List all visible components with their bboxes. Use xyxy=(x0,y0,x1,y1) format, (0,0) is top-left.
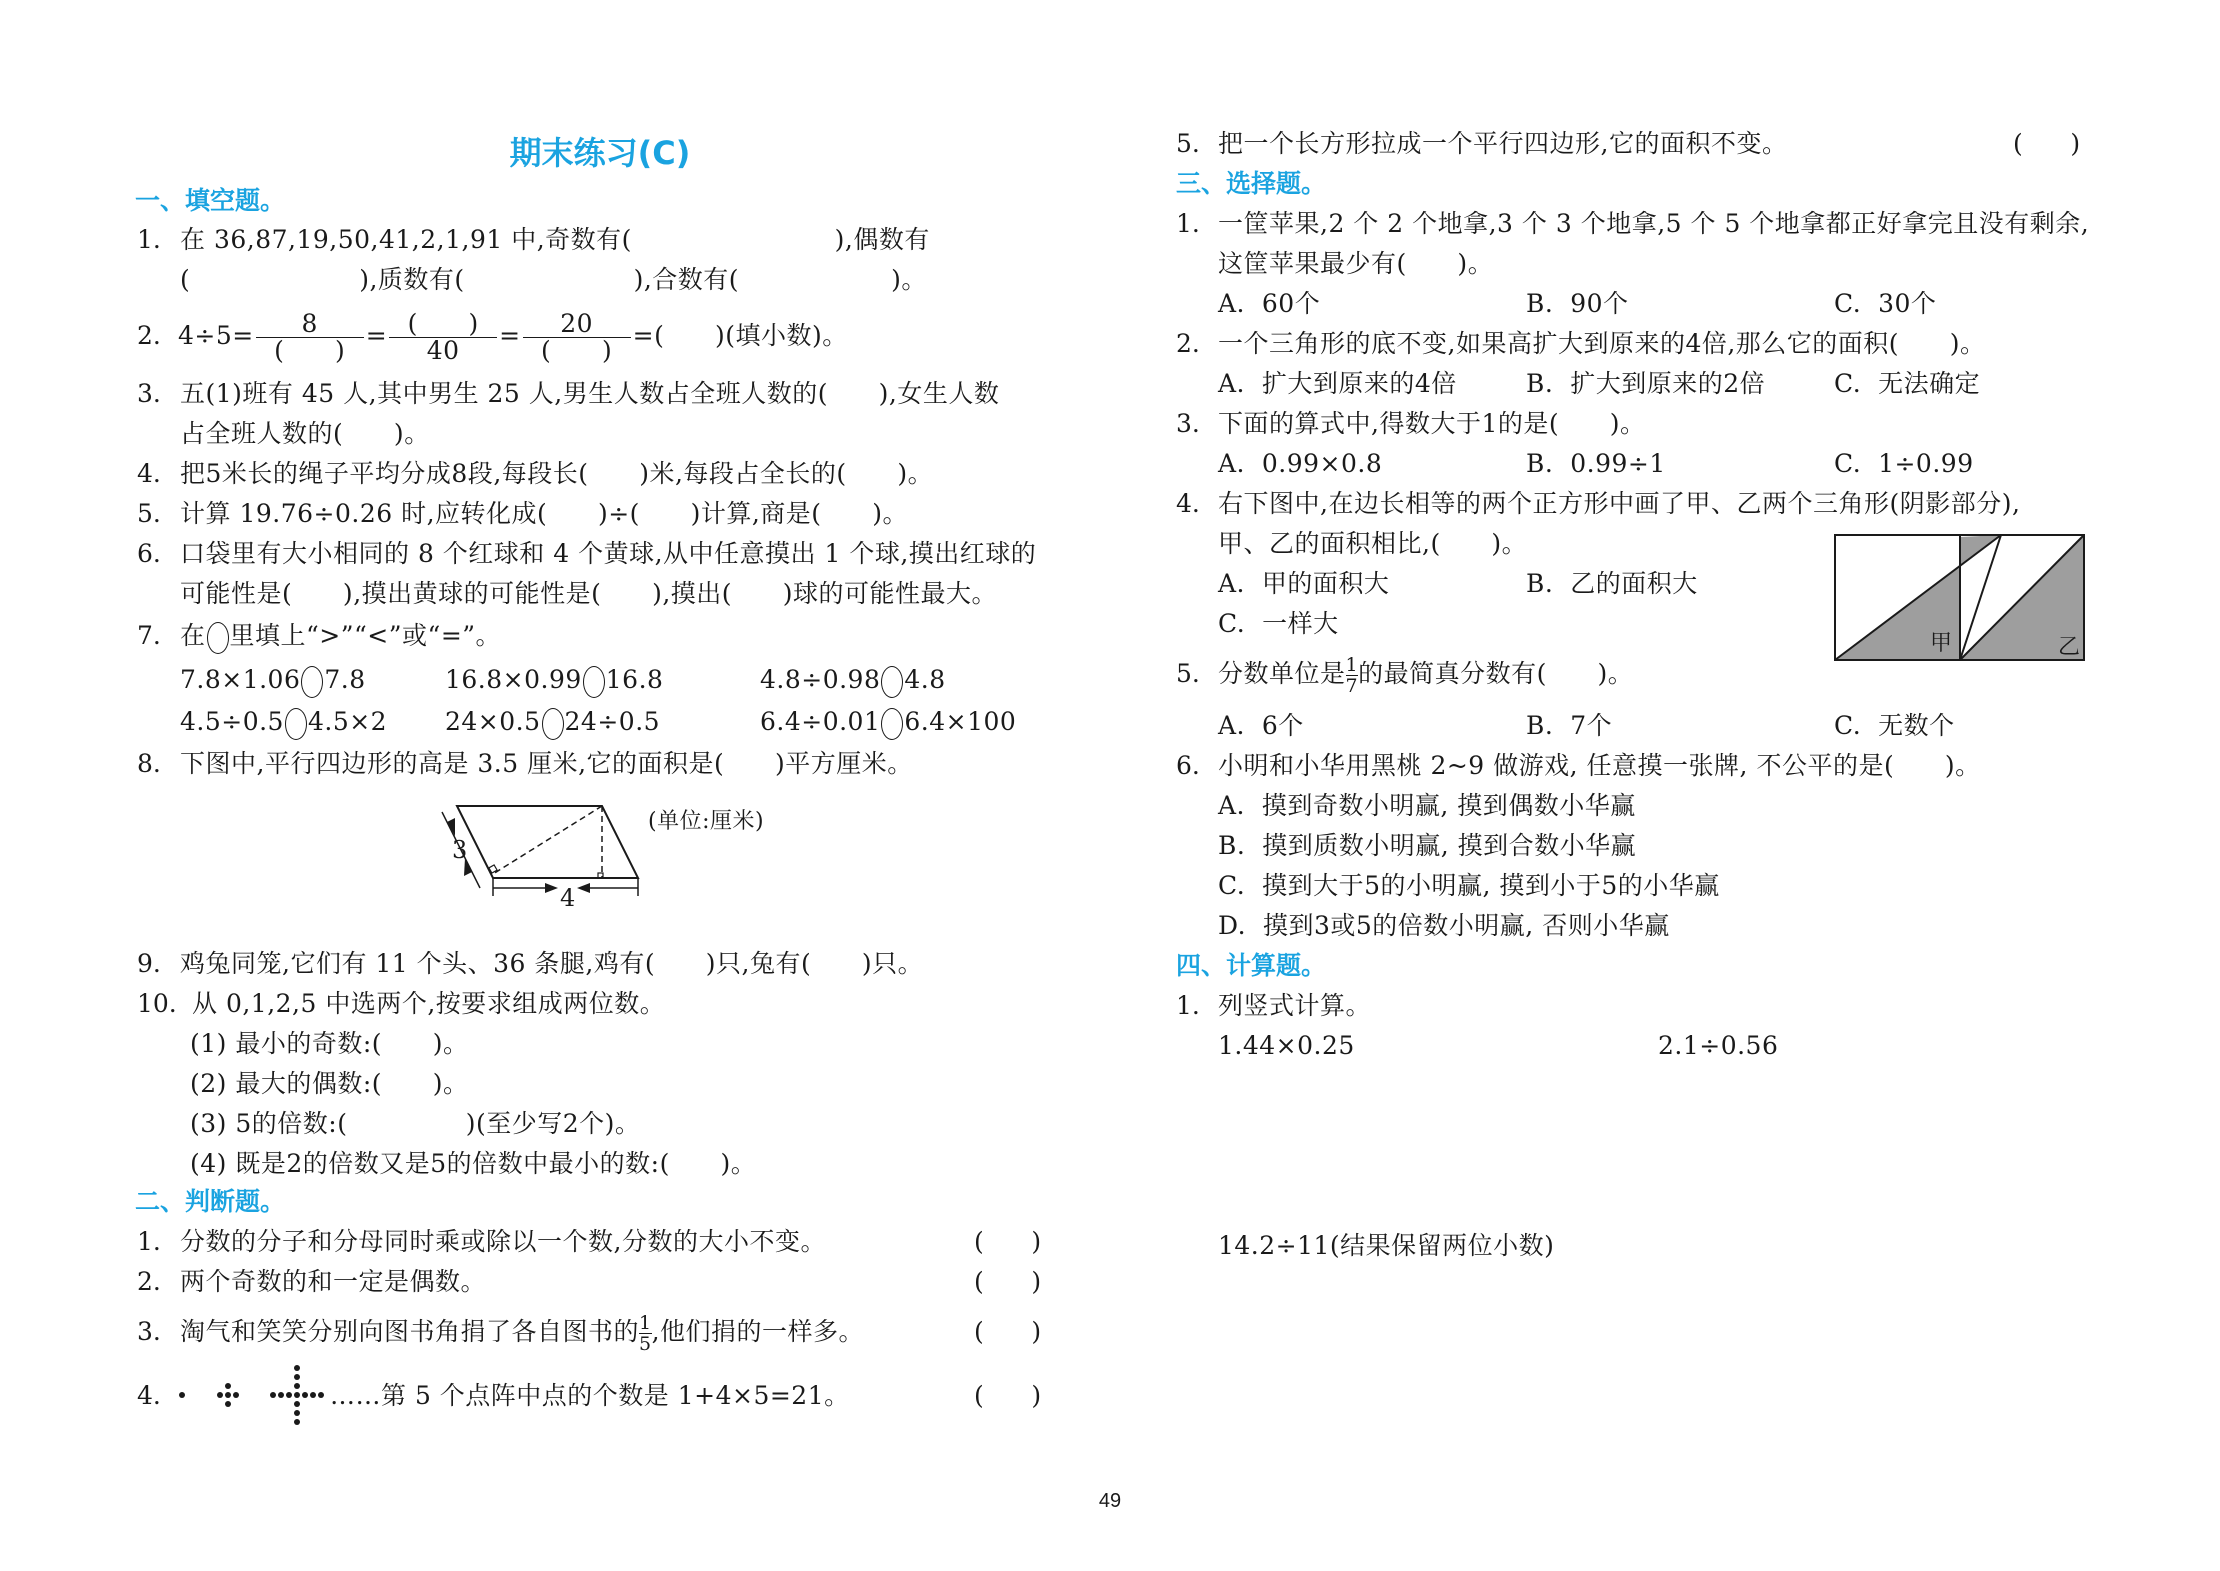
section-heading-true-false: 二、判断题。 xyxy=(135,1186,285,1218)
question-text: 甲、乙的面积相比,( )。 xyxy=(1218,528,1527,560)
intro-text: 里填上“>”“<”或“=”。 xyxy=(230,621,502,650)
question-text: 小明和小华用黑桃 2~9 做游戏, 任意摸一张牌, 不公平的是( )。 xyxy=(1218,750,1981,782)
option-b[interactable]: B. 90个 xyxy=(1526,288,1629,320)
compare-left: 4.5÷0.5 xyxy=(180,707,284,736)
equation-suffix: =( )(填小数)。 xyxy=(633,321,848,350)
question-text: 五(1)班有 45 人,其中男生 25 人,男生人数占全班人数的( ),女生人数 xyxy=(180,378,999,410)
compare-circle-icon xyxy=(207,622,229,654)
answer-blank[interactable]: ( ) xyxy=(974,1316,1041,1348)
numerator: 8 xyxy=(256,311,364,338)
section-heading-calculation: 四、计算题。 xyxy=(1176,950,1326,982)
numerator: 1 xyxy=(639,1313,652,1334)
question-number: 5. xyxy=(1176,128,1200,160)
compare-item: 24×0.524÷0.5 xyxy=(445,706,660,740)
question-text: 下图中,平行四边形的高是 3.5 厘米,它的面积是( )平方厘米。 xyxy=(180,748,913,780)
question-text: 从 0,1,2,5 中选两个,按要求组成两位数。 xyxy=(192,988,665,1020)
question-number: 1. xyxy=(137,1226,161,1258)
question-number: 3. xyxy=(137,1316,161,1348)
option-c[interactable]: C. 30个 xyxy=(1834,288,1936,320)
question-text: 鸡兔同笼,它们有 11 个头、36 条腿,鸡有( )只,兔有( )只。 xyxy=(180,948,923,980)
numerator-blank: ( ) xyxy=(389,311,497,338)
option-b[interactable]: B. 0.99÷1 xyxy=(1526,448,1666,480)
option-a[interactable]: A. 摸到奇数小明赢, 摸到偶数小华赢 xyxy=(1218,790,1636,822)
text-part: 分数单位是 xyxy=(1218,659,1346,688)
numerator: 20 xyxy=(523,311,631,338)
question-number: 7. xyxy=(137,620,161,652)
equation-prefix: 4÷5= xyxy=(178,321,254,350)
option-c[interactable]: C. 1÷0.99 xyxy=(1834,448,1974,480)
question-text: ( ),质数有( ),合数有( )。 xyxy=(180,264,927,296)
question-text: 分数的分子和分母同时乘或除以一个数,分数的大小不变。 xyxy=(180,1226,826,1258)
intro-text: 在 xyxy=(180,621,206,650)
text-part: ,他们捐的一样多。 xyxy=(652,1317,864,1346)
answer-blank[interactable]: ( ) xyxy=(2013,128,2080,160)
question-number: 10. xyxy=(137,988,177,1020)
dot-pattern-figure xyxy=(170,1360,330,1430)
section-heading-multiple-choice: 三、选择题。 xyxy=(1176,168,1326,200)
compare-circle-blank[interactable] xyxy=(881,708,903,740)
sub-question: (1) 最小的奇数:( )。 xyxy=(190,1028,468,1060)
fraction: 15 xyxy=(639,1313,652,1354)
compare-right: 24÷0.5 xyxy=(565,707,661,736)
question-number: 1. xyxy=(1176,208,1200,240)
question-text: 可能性是( ),摸出黄球的可能性是( ),摸出( )球的可能性最大。 xyxy=(180,578,997,610)
question-text: 一筐苹果,2 个 2 个地拿,3 个 3 个地拿,5 个 5 个地拿都正好拿完且… xyxy=(1218,208,2089,240)
sub-question: (3) 5的倍数:( )(至少写2个)。 xyxy=(190,1108,640,1140)
question-number: 1. xyxy=(137,224,161,256)
denominator: 7 xyxy=(1346,675,1359,697)
question-text: 右下图中,在边长相等的两个正方形中画了甲、乙两个三角形(阴影部分), xyxy=(1218,488,2020,520)
compare-right: 4.5×2 xyxy=(308,707,387,736)
question-text: ……第 5 个点阵中点的个数是 1+4×5=21。 xyxy=(330,1380,850,1412)
compare-right: 16.8 xyxy=(606,665,664,694)
option-b[interactable]: B. 7个 xyxy=(1526,710,1612,742)
fraction: 17 xyxy=(1346,655,1359,696)
answer-blank[interactable]: ( ) xyxy=(974,1266,1041,1298)
page-title: 期末练习(C) xyxy=(0,128,1200,174)
question-number: 2. xyxy=(1176,328,1200,360)
unit-label: (单位:厘米) xyxy=(648,806,764,838)
question-number: 5. xyxy=(137,498,161,530)
base-length-label: 4 xyxy=(560,882,576,914)
equals-sign: = xyxy=(499,321,520,350)
fraction: 8( ) xyxy=(256,311,364,364)
denominator-blank: ( ) xyxy=(523,338,631,364)
compare-circle-blank[interactable] xyxy=(583,666,605,698)
triangle-label-yi: 乙 xyxy=(2058,632,2081,664)
question-text: 在里填上“>”“<”或“=”。 xyxy=(180,620,501,654)
calc-expression: 1.44×0.25 xyxy=(1218,1030,1355,1062)
compare-left: 4.8÷0.98 xyxy=(760,665,880,694)
compare-right: 7.8 xyxy=(324,665,365,694)
compare-right: 6.4×100 xyxy=(904,707,1016,736)
equals-sign: = xyxy=(366,321,387,350)
question-text: 淘气和笑笑分别向图书角捐了各自图书的15,他们捐的一样多。 xyxy=(180,1300,864,1364)
denominator: 5 xyxy=(639,1333,652,1355)
question-text: 分数单位是17的最简真分数有( )。 xyxy=(1218,642,1633,706)
question-text: 这筐苹果最少有( )。 xyxy=(1218,248,1493,280)
question-number: 4. xyxy=(137,458,161,490)
question-text: 占全班人数的( )。 xyxy=(180,418,430,450)
question-text: 把一个长方形拉成一个平行四边形,它的面积不变。 xyxy=(1218,128,1787,160)
sub-question: (4) 既是2的倍数又是5的倍数中最小的数:( )。 xyxy=(190,1148,756,1180)
compare-circle-blank[interactable] xyxy=(301,666,323,698)
question-number: 4. xyxy=(137,1380,161,1412)
question-text: 下面的算式中,得数大于1的是( )。 xyxy=(1218,408,1646,440)
option-a[interactable]: A. 60个 xyxy=(1218,288,1320,320)
compare-item: 4.8÷0.984.8 xyxy=(760,664,946,698)
question-text: 在 36,87,19,50,41,2,1,91 中,奇数有( ),偶数有 xyxy=(180,224,930,256)
answer-blank[interactable]: ( ) xyxy=(974,1380,1041,1412)
sub-question: (2) 最大的偶数:( )。 xyxy=(190,1068,468,1100)
compare-item: 6.4÷0.016.4×100 xyxy=(760,706,1016,740)
compare-circle-blank[interactable] xyxy=(542,708,564,740)
compare-item: 16.8×0.9916.8 xyxy=(445,664,663,698)
option-a[interactable]: A. 6个 xyxy=(1218,710,1304,742)
option-c[interactable]: C. 摸到大于5的小明赢, 摸到小于5的小华赢 xyxy=(1218,870,1720,902)
question-number: 4. xyxy=(1176,488,1200,520)
compare-left: 6.4÷0.01 xyxy=(760,707,880,736)
question-text: 口袋里有大小相同的 8 个红球和 4 个黄球,从中任意摸出 1 个球,摸出红球的 xyxy=(180,538,1036,570)
text-part: 淘气和笑笑分别向图书角捐了各自图书的 xyxy=(180,1317,639,1346)
fraction: ( )40 xyxy=(389,311,497,364)
question-number: 5. xyxy=(1176,658,1200,690)
calc-expression: 14.2÷11(结果保留两位小数) xyxy=(1218,1230,1554,1262)
text-part: 的最简真分数有( )。 xyxy=(1358,659,1633,688)
option-b[interactable]: B. 摸到质数小明赢, 摸到合数小华赢 xyxy=(1218,830,1636,862)
page-number: 49 xyxy=(0,1490,2220,1513)
option-c[interactable]: C. 一样大 xyxy=(1218,608,1339,640)
question-number: 3. xyxy=(137,378,161,410)
compare-item: 4.5÷0.54.5×2 xyxy=(180,706,387,740)
question-number: 9. xyxy=(137,948,161,980)
fraction: 20( ) xyxy=(523,311,631,364)
compare-left: 16.8×0.99 xyxy=(445,665,582,694)
triangle-label-jia: 甲 xyxy=(1930,628,1953,660)
question-number: 6. xyxy=(137,538,161,570)
numerator: 1 xyxy=(1346,655,1359,676)
compare-left: 7.8×1.06 xyxy=(180,665,300,694)
question-text: 一个三角形的底不变,如果高扩大到原来的4倍,那么它的面积( )。 xyxy=(1218,328,1986,360)
question-text-fraction-equation: 4÷5=8( )=( )40=20( )=( )(填小数)。 xyxy=(178,300,848,372)
calc-expression: 2.1÷0.56 xyxy=(1658,1030,1778,1062)
option-c[interactable]: C. 无法确定 xyxy=(1834,368,1980,400)
question-number: 2. xyxy=(137,1266,161,1298)
compare-item: 7.8×1.067.8 xyxy=(180,664,366,698)
option-d[interactable]: D. 摸到3或5的倍数小明赢, 否则小华赢 xyxy=(1218,910,1670,942)
option-a[interactable]: A. 0.99×0.8 xyxy=(1218,448,1382,480)
option-c[interactable]: C. 无数个 xyxy=(1834,710,1955,742)
question-number: 2. xyxy=(137,320,161,352)
question-text: 两个奇数的和一定是偶数。 xyxy=(180,1266,486,1298)
section-heading-fill-blank: 一、填空题。 xyxy=(135,185,285,217)
question-number: 6. xyxy=(1176,750,1200,782)
side-length-label: 3 xyxy=(452,834,468,866)
option-a[interactable]: A. 甲的面积大 xyxy=(1218,568,1389,600)
answer-blank[interactable]: ( ) xyxy=(974,1226,1041,1258)
question-number: 3. xyxy=(1176,408,1200,440)
compare-left: 24×0.5 xyxy=(445,707,541,736)
denominator: 40 xyxy=(389,338,497,364)
option-b[interactable]: B. 乙的面积大 xyxy=(1526,568,1698,600)
compare-circle-blank[interactable] xyxy=(285,708,307,740)
compare-right: 4.8 xyxy=(904,665,945,694)
option-a[interactable]: A. 扩大到原来的4倍 xyxy=(1218,368,1457,400)
option-b[interactable]: B. 扩大到原来的2倍 xyxy=(1526,368,1765,400)
compare-circle-blank[interactable] xyxy=(881,666,903,698)
question-number: 1. xyxy=(1176,990,1200,1022)
question-text: 列竖式计算。 xyxy=(1218,990,1371,1022)
question-text: 把5米长的绳子平均分成8段,每段长( )米,每段占全长的( )。 xyxy=(180,458,933,490)
question-number: 8. xyxy=(137,748,161,780)
denominator-blank: ( ) xyxy=(256,338,364,364)
question-text: 计算 19.76÷0.26 时,应转化成( )÷( )计算,商是( )。 xyxy=(180,498,908,530)
